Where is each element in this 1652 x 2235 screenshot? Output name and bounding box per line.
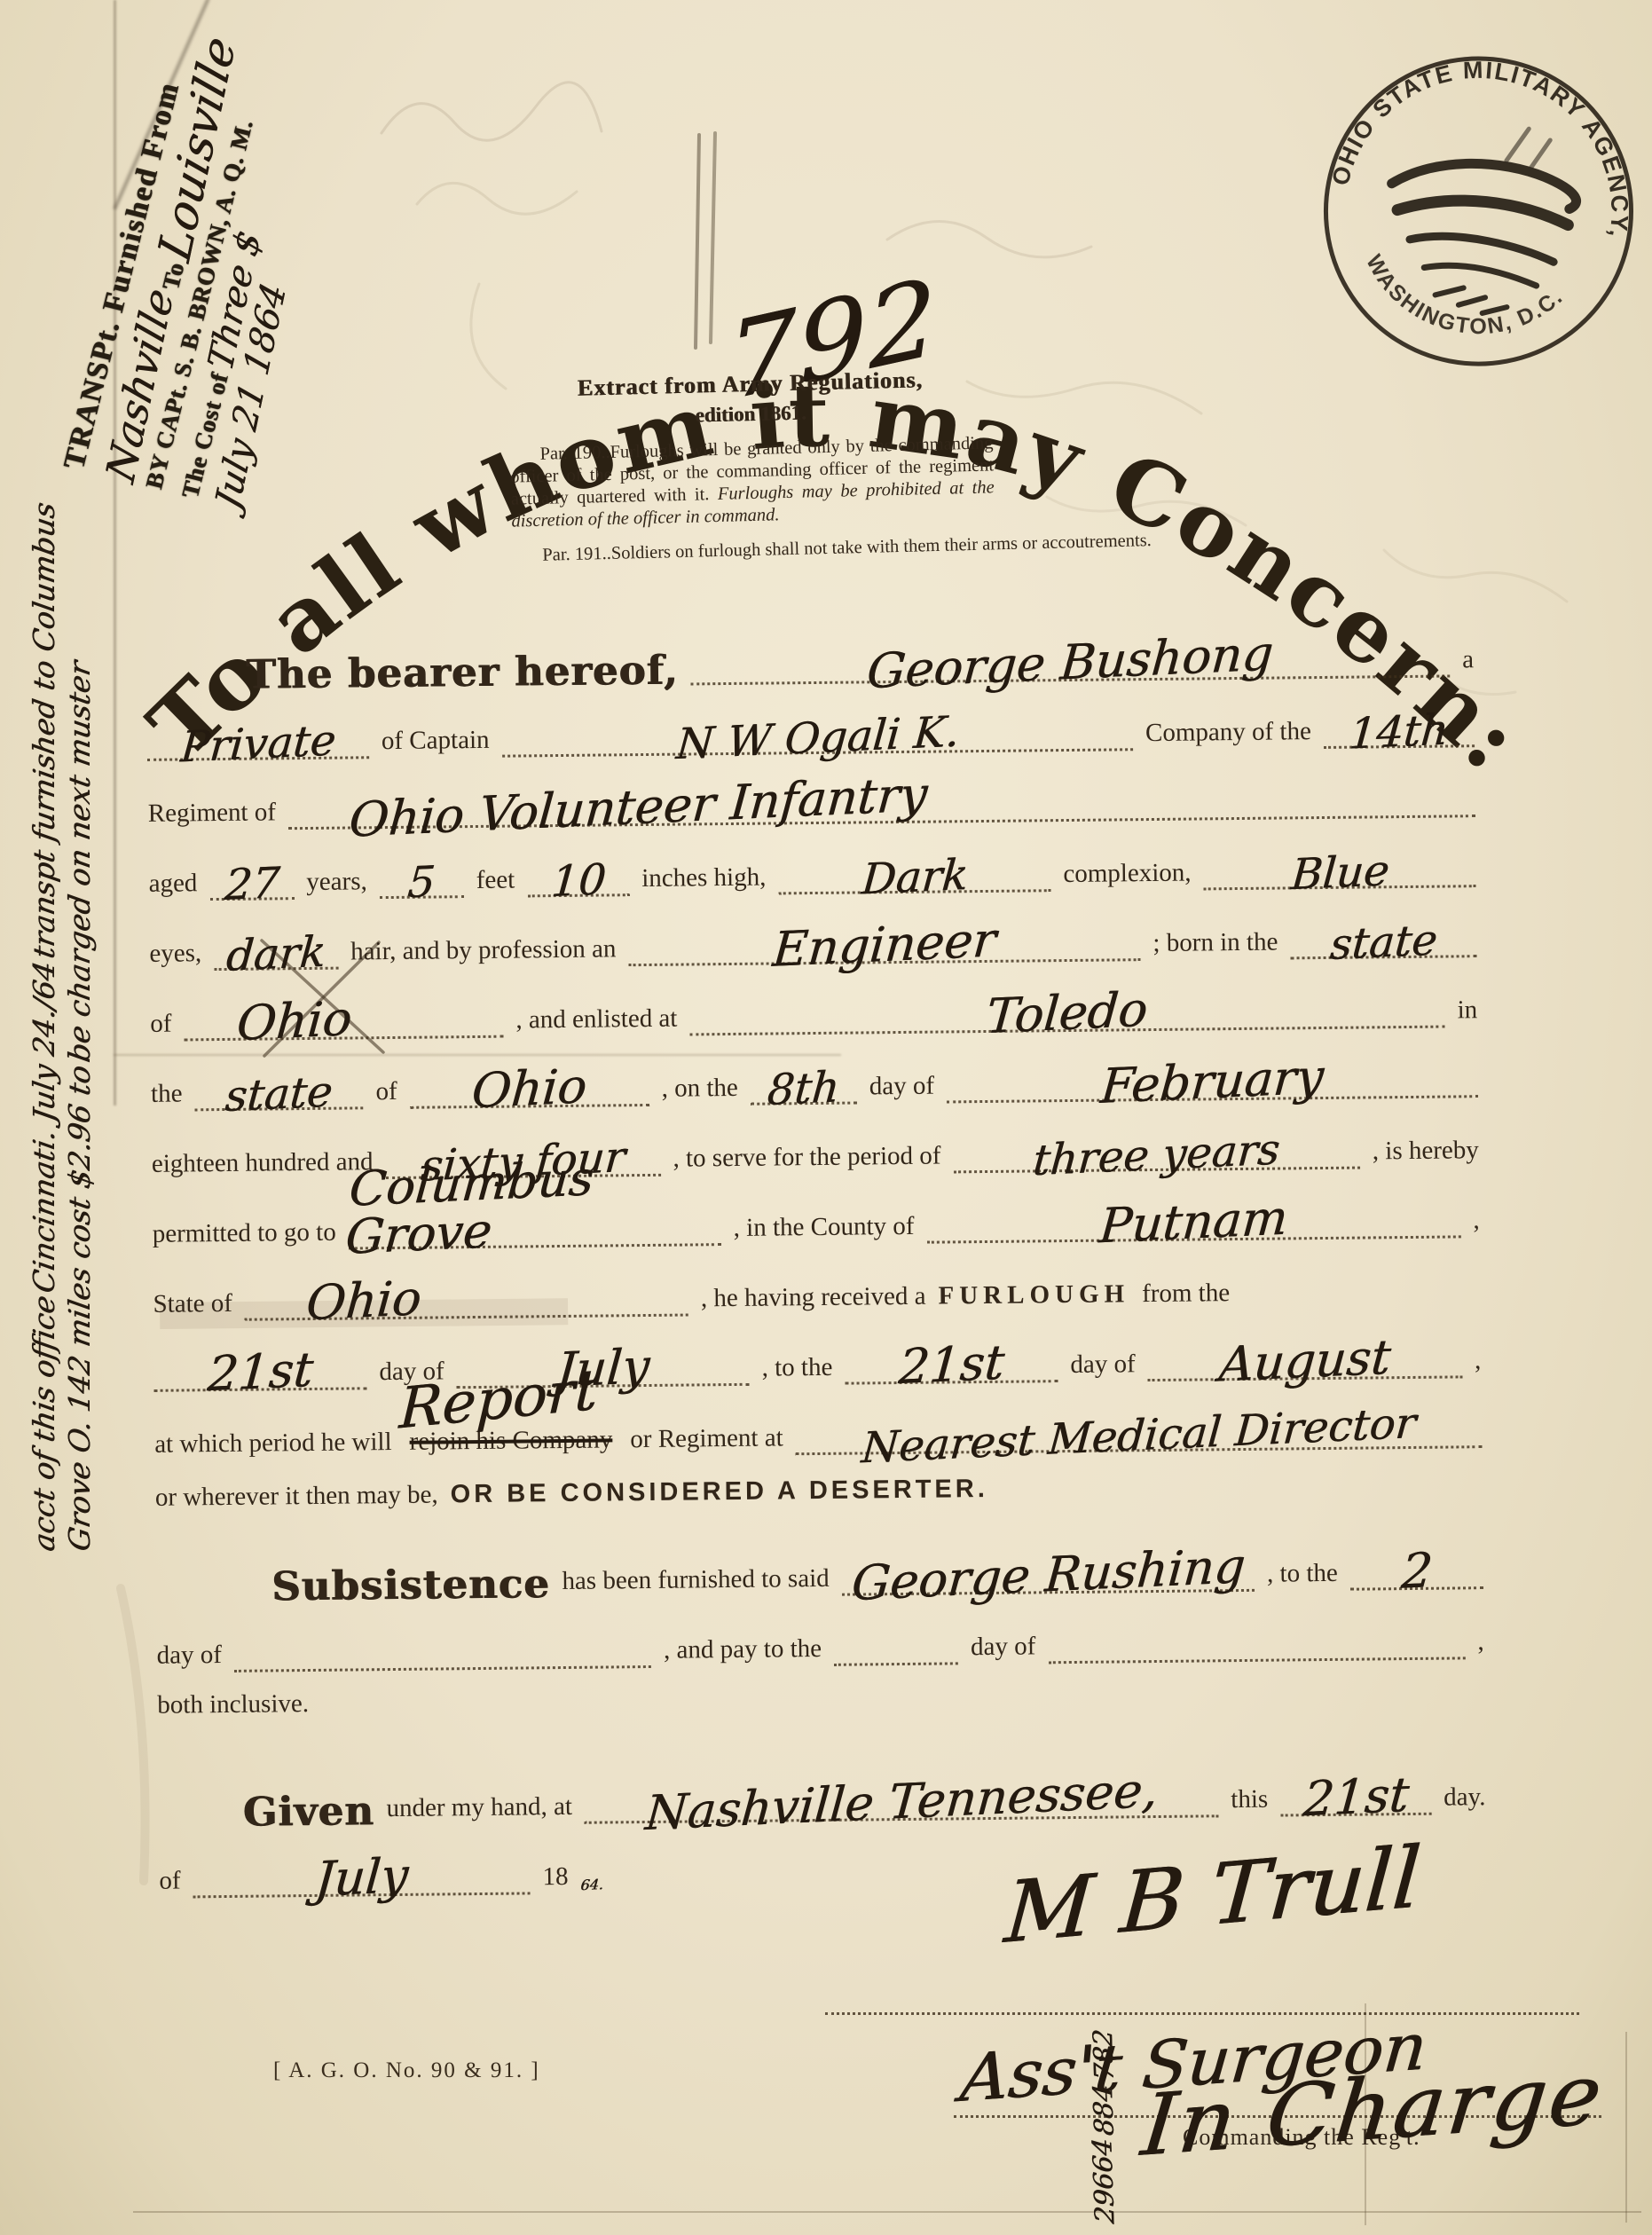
eye-color-field: Blue	[1203, 850, 1475, 890]
subsist-day: 2	[1399, 1546, 1434, 1596]
in-label: in	[1457, 997, 1477, 1027]
inches-value: 10	[549, 858, 607, 903]
on-the-label: , on the	[662, 1075, 739, 1106]
permitted-label: permitted to go to	[153, 1220, 336, 1252]
destination-field: Columbus Grove	[348, 1155, 721, 1249]
feet-field: 5	[380, 861, 464, 899]
enlist-month: February	[1099, 1053, 1326, 1111]
of-label-2: of	[375, 1079, 397, 1109]
hair-value: dark	[224, 931, 326, 978]
comma-3: ,	[1477, 1629, 1484, 1659]
bottom-rotated-numbers: 29664 884 782	[1090, 2030, 1121, 2223]
state-word: state	[224, 1071, 334, 1118]
end-day-field: 21st	[845, 1340, 1058, 1385]
end-month-field: August	[1147, 1335, 1462, 1381]
furlough-state-field: Ohio	[245, 1274, 688, 1321]
subsistence-label: Subsistence	[271, 1563, 550, 1606]
enlist-place: Toledo	[985, 986, 1149, 1041]
period-value: three years	[1032, 1129, 1282, 1183]
given-month-field: July	[193, 1852, 530, 1898]
bearer-label: The bearer hereof,	[246, 650, 679, 695]
endorsement-line-1: acct of this office	[27, 1294, 62, 1554]
inches-high-label: inches high,	[641, 865, 767, 896]
wherever-label: or wherever it then may be,	[155, 1482, 438, 1515]
profession-field: Engineer	[628, 918, 1141, 966]
from-the-label: from the	[1142, 1280, 1230, 1311]
rejoin-pre-label: at which period he will	[154, 1429, 392, 1462]
day-of-label-1: day of	[869, 1074, 935, 1105]
having-received-label: , he having received a	[701, 1284, 926, 1317]
given-day: 21st	[1302, 1771, 1411, 1823]
form-body: The bearer hereof, George Bushong a Priv…	[146, 607, 1487, 1899]
enlist-place-field: Toledo	[689, 986, 1445, 1036]
endorsement-line-5: be charged on next muster	[62, 659, 98, 1066]
given-day-field: 21st	[1280, 1773, 1431, 1817]
age-field: 27	[209, 862, 294, 901]
hair-field: dark	[214, 933, 338, 971]
county-field: Putnam	[926, 1195, 1460, 1243]
bottom-number-3: 782	[1089, 2028, 1121, 2082]
subsistence-name-field: George Rushing	[841, 1549, 1255, 1596]
enlist-day: 8th	[766, 1066, 841, 1112]
rejoin-place-field: Nearest Medical Director	[795, 1411, 1482, 1455]
form-line-profession: eyes, dark hair, and by profession an En…	[149, 887, 1477, 972]
given-place-field: Nashville Tennessee,	[585, 1775, 1219, 1823]
enlist-state: Ohio	[470, 1062, 588, 1115]
born-state-word: state	[1328, 919, 1438, 966]
years-label: years,	[306, 869, 367, 900]
day-of-label-5: day of	[971, 1633, 1036, 1664]
endorsement-line-4: Grove O. 142 miles cost $2.96 to	[62, 1063, 98, 1554]
of-captain-label: of Captain	[382, 728, 490, 759]
feet-value: 5	[406, 861, 437, 904]
captain-name-field: N W Ogali K.	[501, 713, 1133, 757]
start-day-field: 21st	[153, 1347, 366, 1392]
birth-state: Ohio	[235, 995, 353, 1048]
endorsement-line-3: transpt furnished to Columbus	[27, 500, 62, 961]
furlough-document: TRANSPt. Furnished From Nashville To Lou…	[0, 0, 1652, 2235]
deserter-clause: OR BE CONSIDERED A DESERTER.	[451, 1476, 988, 1512]
aged-label: aged	[148, 870, 197, 901]
captain-name: N W Ogali K.	[674, 711, 960, 766]
end-day: 21st	[897, 1339, 1006, 1391]
regulations-extract: Extract from Army Regulations, edition 1…	[507, 365, 995, 567]
struck-phrase-wrap: rejoin his Company Report	[404, 1427, 618, 1460]
subsistence-text: has been furnished to said	[562, 1566, 830, 1599]
birth-state-field: Ohio	[184, 996, 503, 1042]
subsist-day-field: 2	[1350, 1546, 1483, 1591]
age-value: 27	[223, 862, 280, 907]
or-regiment-label: or Regiment at	[630, 1425, 783, 1457]
enlist-month-field: February	[947, 1055, 1478, 1103]
eighteen-label: eighteen hundred and	[152, 1149, 374, 1182]
day-of-label-3: day of	[1070, 1351, 1136, 1382]
enlisted-at-label: , and enlisted at	[515, 1006, 677, 1038]
period-field: three years	[953, 1132, 1360, 1174]
enlist-state-field: Ohio	[409, 1064, 649, 1109]
of-label-1: of	[150, 1011, 172, 1042]
county-label: , in the County of	[734, 1214, 915, 1246]
state-of-label: State of	[153, 1291, 232, 1322]
furlough-word: FURLOUGH	[938, 1281, 1129, 1313]
bottom-rule-line	[133, 2211, 1641, 2213]
day-period-label: day.	[1444, 1784, 1486, 1814]
both-inclusive-label: both inclusive.	[157, 1691, 309, 1723]
bottom-vertical-rule-right	[1625, 2032, 1627, 2223]
this-label: this	[1231, 1787, 1268, 1817]
eyes-label: eyes,	[149, 940, 201, 972]
to-the-label: , to the	[761, 1355, 832, 1386]
extract-edition: edition 1861.	[508, 397, 992, 431]
year-pre-label: 18	[542, 1864, 568, 1894]
profession-value: Engineer	[771, 916, 998, 973]
year-suffix: 64.	[580, 1877, 604, 1893]
form-line-description: aged 27 years, 5 feet 10 inches high, Da…	[148, 817, 1476, 901]
signature-rule-1	[825, 2012, 1579, 2015]
enlist-day-field: 8th	[751, 1067, 857, 1106]
born-state-word-field: state	[1290, 920, 1476, 959]
the-label: the	[151, 1081, 183, 1111]
start-day: 21st	[206, 1346, 315, 1398]
bottom-number-2: 884	[1089, 2083, 1121, 2137]
county: Putnam	[1097, 1194, 1289, 1251]
regiment-number-field: 14th	[1324, 710, 1475, 749]
form-line-given: Given under my hand, at Nashville Tennes…	[158, 1744, 1486, 1829]
form-line-destination: permitted to go to Columbus Grove , in t…	[152, 1168, 1480, 1252]
end-month: August	[1217, 1334, 1392, 1389]
born-in-the-label: ; born in the	[1152, 930, 1278, 961]
comma-2: ,	[1475, 1348, 1482, 1378]
feet-label: feet	[476, 868, 515, 898]
form-line-bearer: The bearer hereof, George Bushong a	[146, 607, 1475, 691]
company-of-the-label: Company of the	[1145, 719, 1311, 751]
given-label: Given	[242, 1790, 374, 1832]
day-of-label-4: day of	[157, 1642, 223, 1673]
hair-profession-label: hair, and by profession an	[350, 936, 617, 969]
and-pay-label: , and pay to the	[664, 1636, 822, 1668]
inches-field: 10	[527, 859, 629, 897]
bottom-number-1: 29664	[1088, 2137, 1121, 2225]
of-label-3: of	[159, 1869, 181, 1899]
furlough-state: Ohio	[305, 1274, 423, 1327]
extract-par190: Par. 190..Furloughs will be granted only…	[509, 432, 995, 532]
given-month: July	[313, 1852, 410, 1904]
state-word-field: state	[194, 1072, 363, 1111]
endorsement-line-2: Cincinnati. July 24./64	[27, 959, 62, 1295]
destination: Columbus Grove	[344, 1149, 726, 1262]
eye-color-value: Blue	[1289, 849, 1390, 896]
under-hand-label: under my hand, at	[386, 1794, 572, 1826]
rank-value: Private	[179, 720, 337, 769]
article-a: a	[1462, 647, 1474, 677]
complexion-field: Dark	[778, 854, 1050, 894]
to-the-label-2: , to the	[1267, 1561, 1338, 1592]
rank-field: Private	[147, 721, 369, 761]
comma-1: ,	[1473, 1208, 1480, 1238]
regiment-of-label: Regiment of	[148, 799, 277, 831]
margin-endorsement-note: acct of this office Cincinnati. July 24.…	[27, 495, 98, 1551]
form-line-rejoin: at which period he will rejoin his Compa…	[154, 1378, 1483, 1462]
complexion-label: complexion,	[1063, 861, 1192, 893]
form-line-subsistence: Subsistence has been furnished to said G…	[155, 1519, 1483, 1603]
regiment-number: 14th	[1348, 709, 1450, 756]
bearer-name-field: George Bushong	[690, 634, 1450, 685]
complexion-value: Dark	[860, 854, 969, 901]
is-hereby-label: , is hereby	[1373, 1137, 1479, 1169]
ago-footer: [ A. G. O. No. 90 & 91. ]	[273, 2058, 540, 2083]
